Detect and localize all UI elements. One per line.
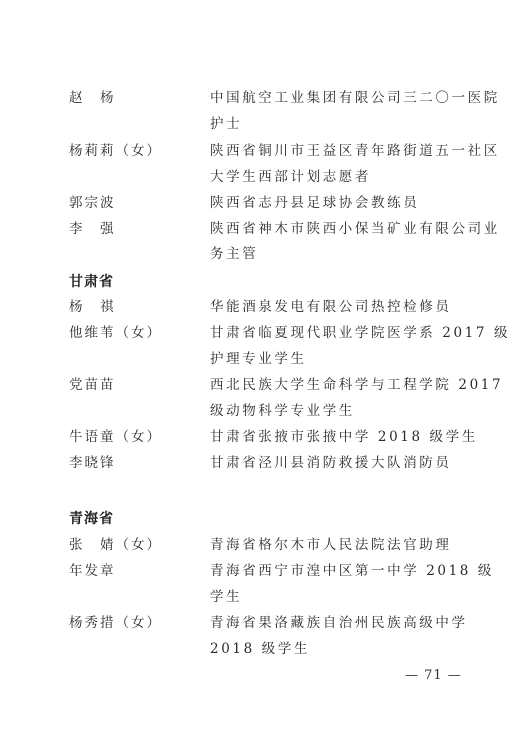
section-heading-province: 甘肃省 [69, 272, 114, 292]
entry-description: 青海省格尔木市人民法院法官助理 [210, 535, 452, 555]
entry-name: 李晓锋 [69, 453, 116, 473]
entry-name: 杨秀措（女） [69, 613, 162, 633]
entry-name: 李 强 [69, 219, 116, 239]
entry-description: 大学生西部计划志愿者 [210, 167, 371, 187]
entry-name: 他维苇（女） [69, 323, 162, 343]
entry-name: 杨 祺 [69, 297, 116, 317]
entry-name: 牛语童（女） [69, 427, 162, 447]
entry-name: 张 婧（女） [69, 535, 162, 555]
entry-description: 华能酒泉发电有限公司热控检修员 [210, 297, 452, 317]
entry-description: 2018 级学生 [210, 639, 310, 659]
entry-name: 赵 杨 [69, 88, 116, 108]
entry-description: 西北民族大学生命科学与工程学院 2017 [210, 375, 503, 395]
page-number: — 71 — [405, 666, 462, 686]
entry-name: 杨莉莉（女） [69, 141, 162, 161]
entry-description: 务主管 [210, 244, 258, 264]
entry-description: 青海省果洛藏族自治州民族高级中学 [210, 613, 468, 633]
entry-description: 陕西省铜川市王益区青年路街道五一社区 [210, 141, 500, 161]
document-page: 赵 杨 中国航空工业集团有限公司三二〇一医院 护士 杨莉莉（女） 陕西省铜川市王… [0, 0, 530, 748]
entry-description: 甘肃省临夏现代职业学院医学系 2017 级 [210, 323, 510, 343]
entry-name: 年发章 [69, 561, 116, 581]
entry-description: 学生 [210, 587, 242, 607]
entry-description: 陕西省志丹县足球协会教练员 [210, 193, 419, 213]
entry-description: 护理专业学生 [210, 349, 307, 369]
entry-description: 护士 [210, 114, 242, 134]
entry-description: 陕西省神木市陕西小保当矿业有限公司业 [210, 219, 500, 239]
entry-description: 青海省西宁市湟中区第一中学 2018 级 [210, 561, 494, 581]
entry-description: 级动物科学专业学生 [210, 401, 355, 421]
entry-name: 党苗苗 [69, 375, 116, 395]
entry-name: 郭宗波 [69, 193, 116, 213]
entry-description: 中国航空工业集团有限公司三二〇一医院 [210, 88, 500, 108]
entry-description: 甘肃省张掖市张掖中学 2018 级学生 [210, 427, 478, 447]
section-heading-province: 青海省 [69, 509, 114, 529]
entry-description: 甘肃省泾川县消防救援大队消防员 [210, 453, 452, 473]
